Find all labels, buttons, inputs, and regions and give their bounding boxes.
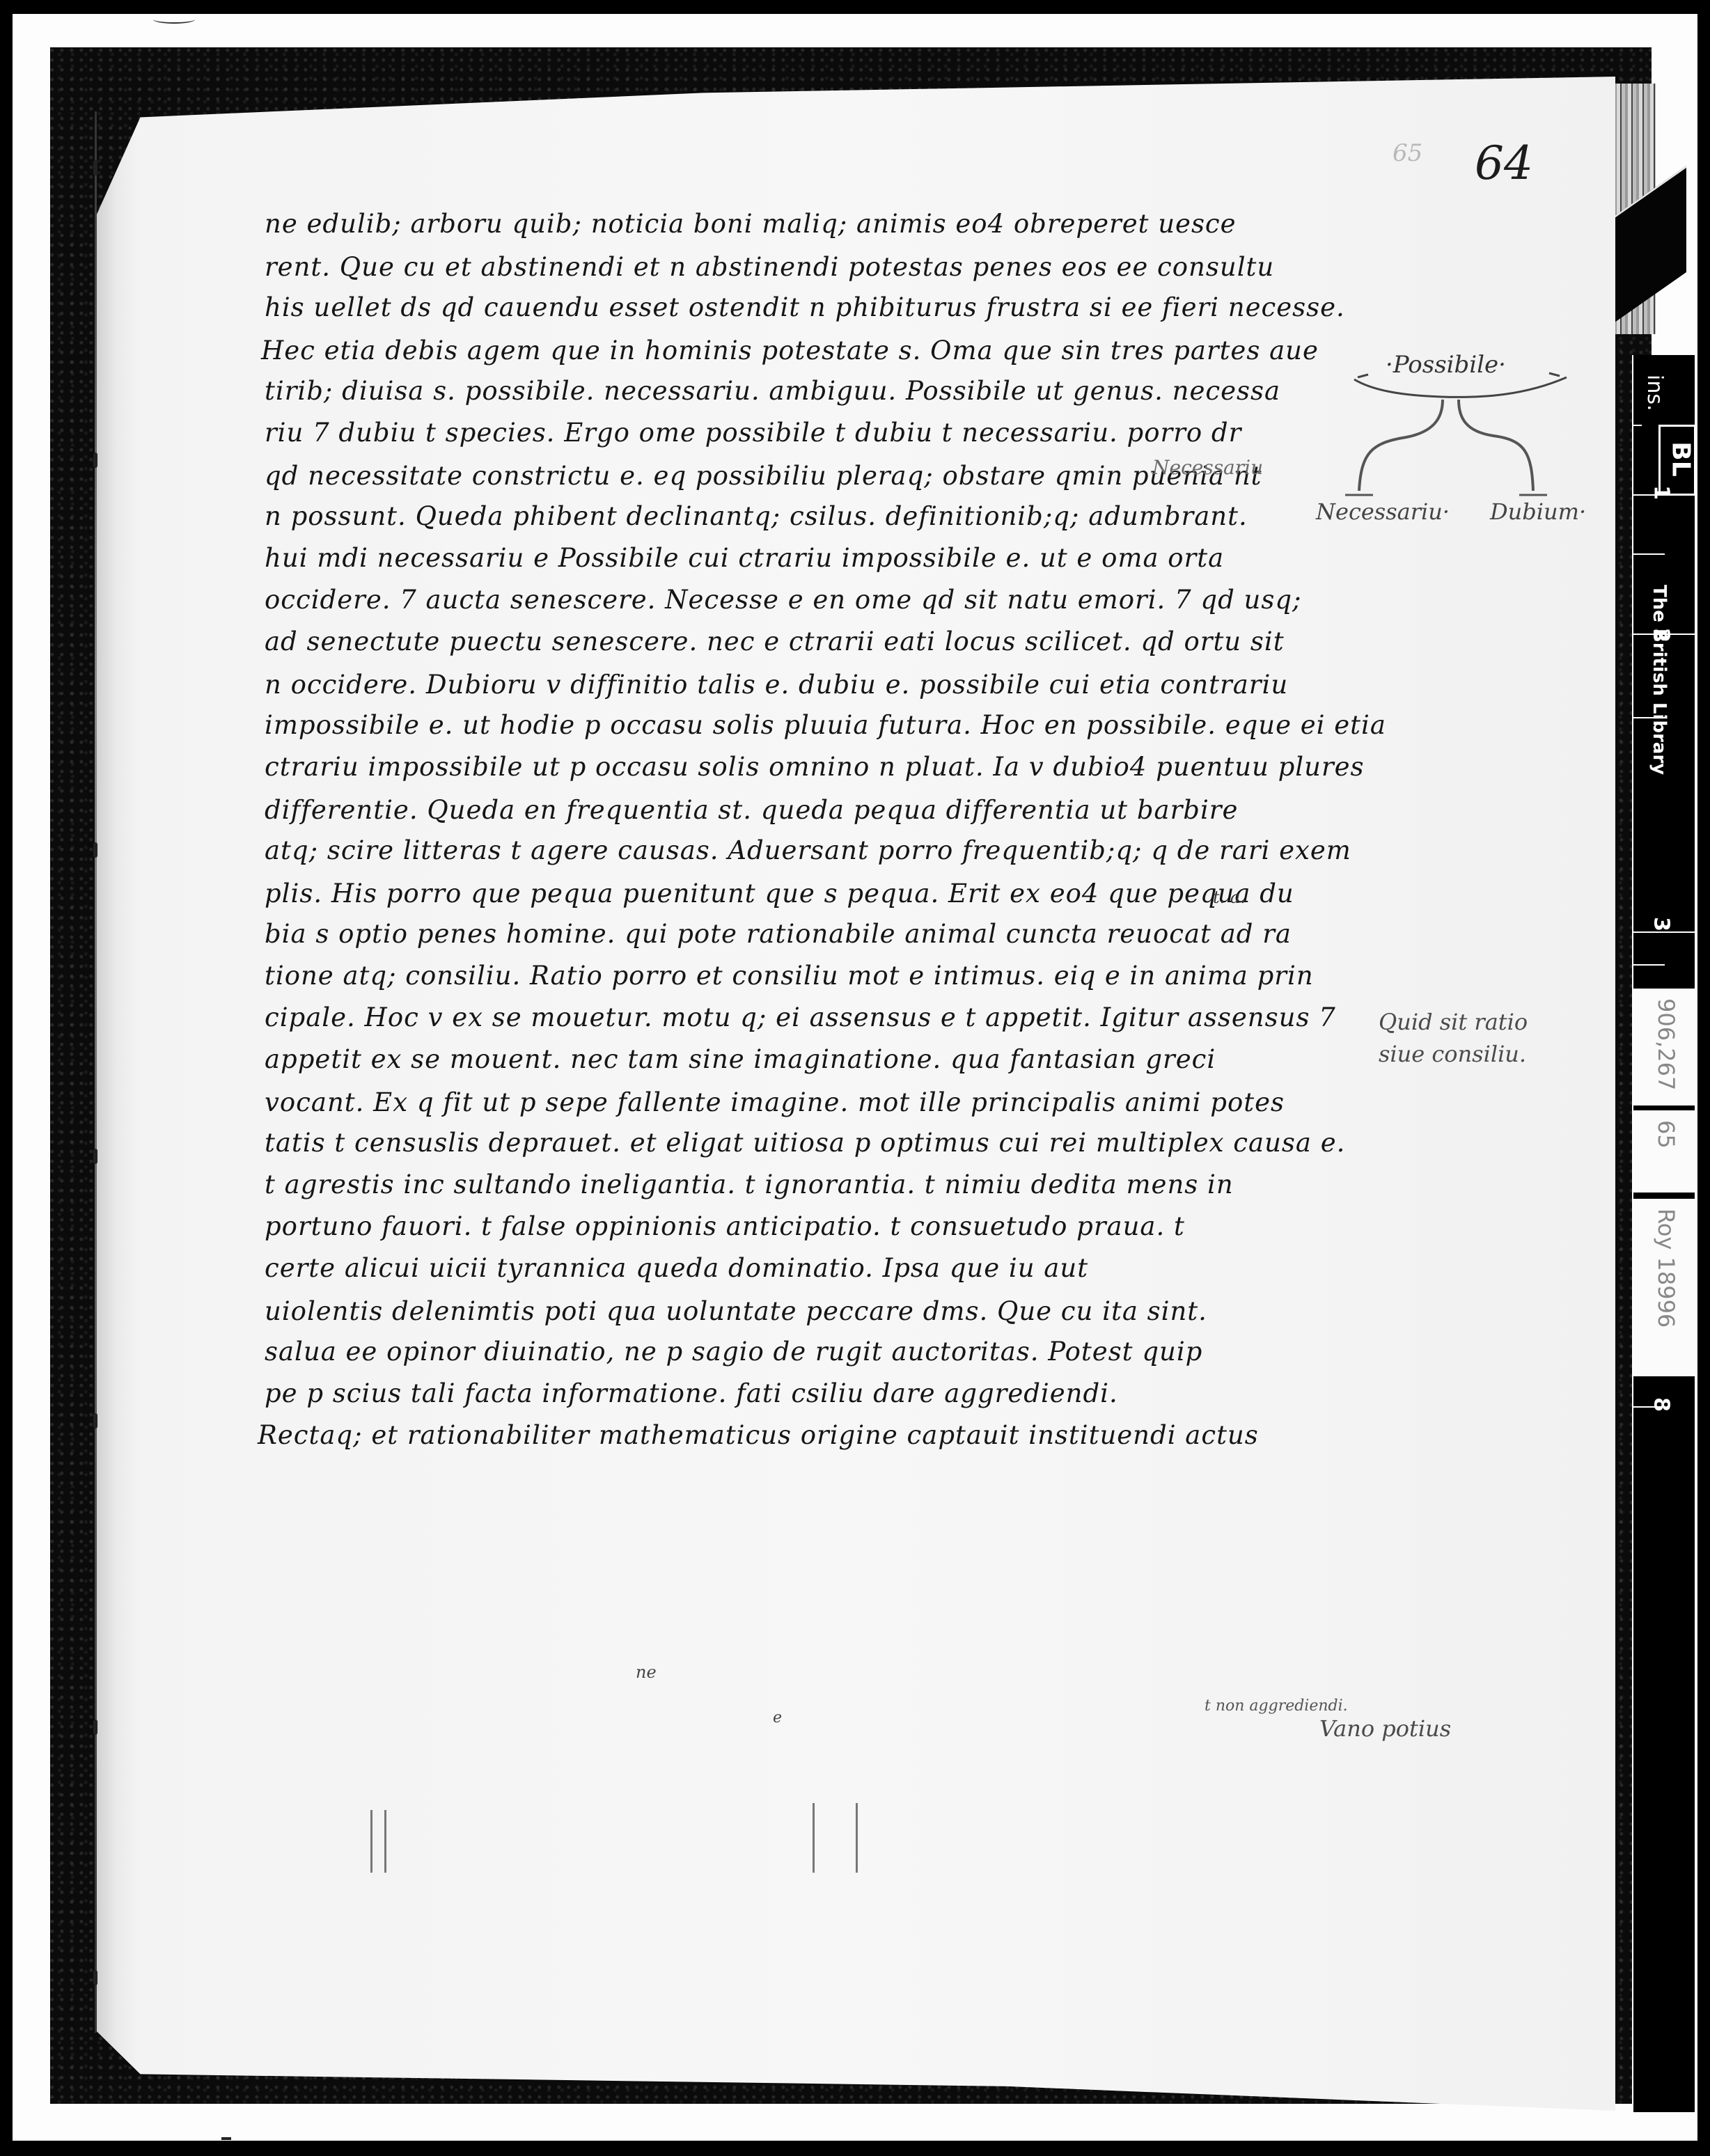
folio-number: 64 xyxy=(1475,136,1533,190)
interlinear-gloss: ne xyxy=(636,1662,657,1682)
manuscript-line: n occidere. Dubioru v diffinitio talis e… xyxy=(265,670,1288,700)
manuscript-line: salua ee opinor diuinatio, ne p sagio de… xyxy=(265,1337,1202,1367)
interlinear-gloss: t. a. xyxy=(1213,888,1246,907)
manuscript-line: tatis t censuslis deprauet. et eligat ui… xyxy=(265,1128,1345,1158)
stitching-icon xyxy=(89,1726,103,1731)
manuscript-line: cipale. Hoc v ex se mouetur. motu q; ei … xyxy=(265,1002,1336,1032)
descender-stroke xyxy=(856,1803,858,1873)
manuscript-line: pe p scius tali facta informatione. fati… xyxy=(265,1378,1118,1408)
ruler-mark-8: 8 xyxy=(1649,1391,1674,1419)
ruler-brand: The British Library xyxy=(1649,585,1670,775)
ruler-tick xyxy=(1633,717,1665,718)
manuscript-line: tirib; diuisa s. possibile. necessariu. … xyxy=(265,376,1280,406)
ruler-tick xyxy=(1633,553,1665,555)
manuscript-line: t agrestis inc sultando ineligantia. t i… xyxy=(265,1170,1234,1199)
ruler-mark-3: 3 xyxy=(1649,911,1674,938)
margin-note-line: Quid sit ratio xyxy=(1379,1006,1528,1038)
manuscript-line: impossibile e. ut hodie p occasu solis p… xyxy=(265,710,1386,740)
ruler-tick xyxy=(1633,494,1695,496)
manuscript-line: tione atq; consiliu. Ratio porro et cons… xyxy=(265,961,1314,991)
manuscript-line: his uellet ds qd cauendu esset ostendit … xyxy=(265,292,1345,322)
gutter-fold xyxy=(95,111,97,2033)
manuscript-line: portuno fauori. t false oppinionis antic… xyxy=(265,1211,1185,1241)
manuscript-line: certe alicui uicii tyrannica queda domin… xyxy=(265,1253,1088,1283)
stitching-icon xyxy=(89,167,103,171)
registration-mark-bottom xyxy=(221,2137,231,2140)
manuscript-line: uiolentis delenimtis poti qua uoluntate … xyxy=(265,1296,1207,1326)
manuscript-line: occidere. 7 aucta senescere. Necesse e e… xyxy=(265,585,1302,615)
manuscript-line: ad senectute puectu senescere. nec e ctr… xyxy=(265,627,1285,656)
manuscript-line: atq; scire litteras t agere causas. Adue… xyxy=(265,835,1351,865)
diagram-root-label: ·Possibile· xyxy=(1386,351,1506,379)
possibile-division-diagram: ·Possibile· Necessariu· Dubium· xyxy=(1316,341,1622,543)
shelfmark-label: 906,267 xyxy=(1633,989,1696,1105)
stitching-icon xyxy=(89,1156,103,1160)
manuscript-line: appetit ex se mouent. nec tam sine imagi… xyxy=(265,1044,1216,1074)
ruler-unit-label: ins. xyxy=(1642,375,1667,411)
manuscript-line: Hec etia debis agem que in hominis potes… xyxy=(261,336,1319,365)
ruler-mark-2: 2 xyxy=(1649,622,1674,650)
interlinear-gloss: Necessariu xyxy=(1152,456,1263,479)
foliation-old-pencil: 65 xyxy=(1393,139,1422,167)
stitching-icon xyxy=(89,1420,103,1424)
manuscript-line: qd necessitate constrictu e. eq possibil… xyxy=(265,461,1262,491)
ruler-tick xyxy=(1633,634,1695,635)
margin-note-line: siue consiliu. xyxy=(1379,1038,1528,1070)
ruler-tick xyxy=(1633,931,1695,933)
manuscript-line: differentie. Queda en frequentia st. que… xyxy=(265,795,1238,825)
manuscript-line: plis. His porro que pequa puenitunt que … xyxy=(265,879,1294,908)
stitching-icon xyxy=(89,849,103,853)
ruler-mark-1: 1 xyxy=(1649,479,1674,507)
manuscript-line: n possunt. Queda phibent declinantq; csi… xyxy=(265,501,1248,531)
bl-scale-ruler: ins. BL 1 The British Library 2 3 906,26… xyxy=(1632,355,1695,2112)
margin-note-ratio: Quid sit ratio siue consiliu. xyxy=(1379,1006,1528,1070)
diagram-branch-dubium: Dubium· xyxy=(1490,498,1586,525)
shelfmark-label: Roy 18996 xyxy=(1633,1199,1696,1376)
margin-note-vano: Vano potius xyxy=(1319,1713,1451,1745)
stitching-icon xyxy=(89,1977,103,1981)
shelfmark-label: 65 xyxy=(1633,1110,1696,1193)
interlinear-gloss: e xyxy=(773,1709,782,1726)
manuscript-line: hui mdi necessariu e Possibile cui ctrar… xyxy=(265,543,1224,573)
descender-stroke xyxy=(384,1810,386,1873)
ruler-tick xyxy=(1633,425,1642,426)
ruler-tick xyxy=(1633,964,1665,966)
descender-stroke xyxy=(813,1803,815,1873)
manuscript-line: rent. Que cu et abstinendi et n abstinen… xyxy=(265,252,1274,282)
manuscript-line: vocant. Ex q fit ut p sepe fallente imag… xyxy=(265,1087,1285,1117)
diagram-branch-necessarium: Necessariu· xyxy=(1316,498,1450,525)
manuscript-line: ctrariu impossibile ut p occasu solis om… xyxy=(265,752,1365,782)
registration-mark-top xyxy=(153,15,195,24)
stitching-icon xyxy=(89,459,103,464)
manuscript-line: ne edulib; arboru quib; noticia boni mal… xyxy=(265,209,1237,239)
manuscript-line: Rectaq; et rationabiliter mathematicus o… xyxy=(258,1420,1259,1450)
descender-stroke xyxy=(370,1810,372,1873)
manuscript-line: bia s optio penes homine. qui pote ratio… xyxy=(265,919,1292,949)
manuscript-line: riu 7 dubiu t species. Ergo ome possibil… xyxy=(265,418,1241,448)
